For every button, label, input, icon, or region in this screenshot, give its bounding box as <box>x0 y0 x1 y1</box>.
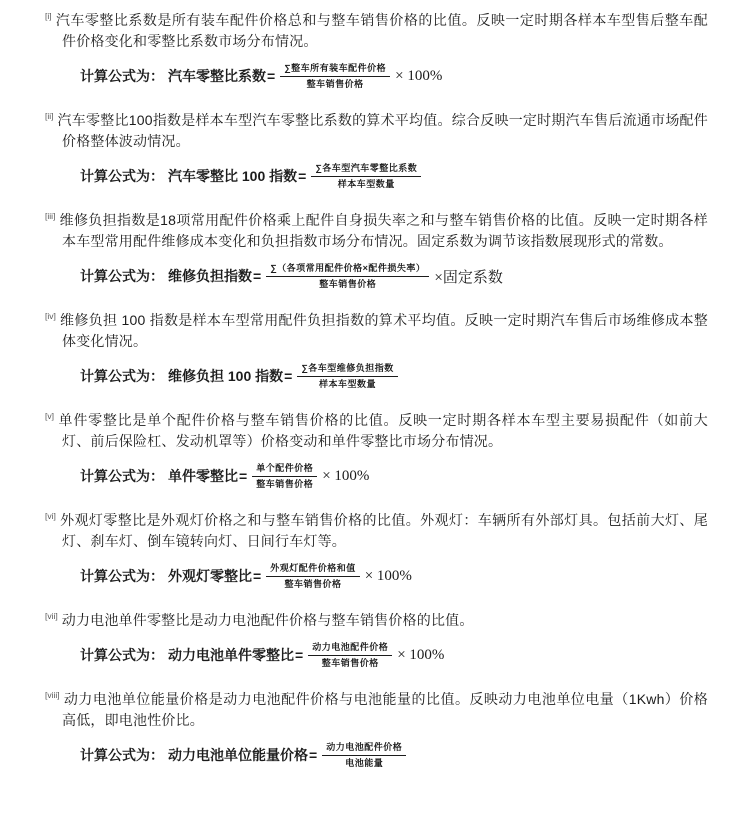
formula-line: 计算公式为： 汽车零整比系数 = ∑整车所有装车配件价格 整车销售价格 × 10… <box>80 62 708 90</box>
fraction-denominator: 整车销售价格 <box>308 656 392 669</box>
endnote-paragraph: [iv]维修负担 100 指数是样本车型常用配件负担指数的算术平均值。反映一定时… <box>45 310 708 352</box>
document-page: [i]汽车零整比系数是所有装车配件价格总和与整车销售价格的比值。反映一定时期各样… <box>0 0 750 829</box>
formula-fraction: ∑各车型汽车零整比系数 样本车型数量 <box>311 162 421 190</box>
fraction-denominator: 整车销售价格 <box>252 477 317 490</box>
equals-sign: = <box>309 747 317 763</box>
fraction-numerator: ∑（各项常用配件价格×配件损失率） <box>266 262 429 277</box>
endnote-description: 外观灯零整比是外观灯价格之和与整车销售价格的比值。外观灯：车辆所有外部灯具。包括… <box>60 512 708 549</box>
endnote-description: 动力电池单位能量价格是动力电池配件价格与电池能量的比值。反映动力电池单位电量（1… <box>62 691 708 728</box>
formula-line: 计算公式为： 汽车零整比 100 指数 = ∑各车型汽车零整比系数 样本车型数量 <box>80 162 708 190</box>
fraction-numerator: 动力电池配件价格 <box>322 741 406 756</box>
formula-prefix: 计算公式为： <box>80 745 164 765</box>
equals-sign: = <box>267 68 275 84</box>
formula-suffix: × 100% <box>397 647 444 664</box>
formula-prefix: 计算公式为： <box>80 566 164 586</box>
formula-suffix: × 100% <box>365 568 412 585</box>
formula-line: 计算公式为： 维修负担指数 = ∑（各项常用配件价格×配件损失率） 整车销售价格… <box>80 262 708 290</box>
endnote-paragraph: [i]汽车零整比系数是所有装车配件价格总和与整车销售价格的比值。反映一定时期各样… <box>45 10 708 52</box>
endnote-description: 汽车零整比100指数是样本车型汽车零整比系数的算术平均值。综合反映一定时期汽车售… <box>58 112 709 149</box>
endnote-marker: [ii] <box>45 111 54 121</box>
fraction-numerator: 单个配件价格 <box>252 462 317 477</box>
formula-fraction: 动力电池配件价格 整车销售价格 <box>308 641 392 669</box>
equals-sign: = <box>284 368 292 384</box>
endnote-marker: [iii] <box>45 211 55 221</box>
formula-prefix: 计算公式为： <box>80 266 164 286</box>
fraction-denominator: 电池能量 <box>322 756 406 769</box>
equals-sign: = <box>253 568 261 584</box>
endnote-item: [vii]动力电池单件零整比是动力电池配件价格与整车销售价格的比值。 计算公式为… <box>45 610 708 669</box>
endnote-item: [vi]外观灯零整比是外观灯价格之和与整车销售价格的比值。外观灯：车辆所有外部灯… <box>45 510 708 590</box>
formula-lhs: 维修负担指数 <box>168 266 252 286</box>
endnote-description: 动力电池单件零整比是动力电池配件价格与整车销售价格的比值。 <box>62 612 474 628</box>
equals-sign: = <box>298 168 306 184</box>
endnote-paragraph: [vi]外观灯零整比是外观灯价格之和与整车销售价格的比值。外观灯：车辆所有外部灯… <box>45 510 708 552</box>
formula-fraction: ∑（各项常用配件价格×配件损失率） 整车销售价格 <box>266 262 429 290</box>
equals-sign: = <box>253 268 261 284</box>
endnote-item: [v]单件零整比是单个配件价格与整车销售价格的比值。反映一定时期各样本车型主要易… <box>45 410 708 490</box>
fraction-numerator: 动力电池配件价格 <box>308 641 392 656</box>
equals-sign: = <box>239 468 247 484</box>
formula-line: 计算公式为： 外观灯零整比 = 外观灯配件价格和值 整车销售价格 × 100% <box>80 562 708 590</box>
fraction-numerator: ∑整车所有装车配件价格 <box>280 62 390 77</box>
endnote-paragraph: [iii]维修负担指数是18项常用配件价格乘上配件自身损失率之和与整车销售价格的… <box>45 210 708 252</box>
fraction-denominator: 整车销售价格 <box>266 277 429 290</box>
endnote-marker: [vii] <box>45 611 58 621</box>
formula-suffix: × 100% <box>395 68 442 85</box>
endnote-item: [i]汽车零整比系数是所有装车配件价格总和与整车销售价格的比值。反映一定时期各样… <box>45 10 708 90</box>
formula-prefix: 计算公式为： <box>80 166 164 186</box>
formula-lhs: 维修负担 100 指数 <box>168 366 283 386</box>
formula-suffix: × 100% <box>322 468 369 485</box>
endnote-paragraph: [vii]动力电池单件零整比是动力电池配件价格与整车销售价格的比值。 <box>45 610 708 631</box>
endnote-item: [iv]维修负担 100 指数是样本车型常用配件负担指数的算术平均值。反映一定时… <box>45 310 708 390</box>
formula-prefix: 计算公式为： <box>80 366 164 386</box>
endnote-marker: [v] <box>45 411 54 421</box>
endnote-marker: [iv] <box>45 311 56 321</box>
formula-lhs: 动力电池单件零整比 <box>168 645 294 665</box>
formula-line: 计算公式为： 单件零整比 = 单个配件价格 整车销售价格 × 100% <box>80 462 708 490</box>
endnote-paragraph: [viii]动力电池单位能量价格是动力电池配件价格与电池能量的比值。反映动力电池… <box>45 689 708 731</box>
endnote-marker: [i] <box>45 11 52 21</box>
formula-line: 计算公式为： 维修负担 100 指数 = ∑各车型维修负担指数 样本车型数量 <box>80 362 708 390</box>
formula-lhs: 单件零整比 <box>168 466 238 486</box>
fraction-numerator: ∑各车型汽车零整比系数 <box>311 162 421 177</box>
formula-line: 计算公式为： 动力电池单件零整比 = 动力电池配件价格 整车销售价格 × 100… <box>80 641 708 669</box>
endnote-paragraph: [ii]汽车零整比100指数是样本车型汽车零整比系数的算术平均值。综合反映一定时… <box>45 110 708 152</box>
formula-lhs: 汽车零整比系数 <box>168 66 266 86</box>
fraction-denominator: 样本车型数量 <box>297 377 397 390</box>
fraction-denominator: 整车销售价格 <box>266 577 360 590</box>
formula-fraction: ∑各车型维修负担指数 样本车型数量 <box>297 362 397 390</box>
endnote-description: 汽车零整比系数是所有装车配件价格总和与整车销售价格的比值。反映一定时期各样本车型… <box>56 12 708 49</box>
endnote-marker: [vi] <box>45 511 56 521</box>
formula-lhs: 动力电池单位能量价格 <box>168 745 308 765</box>
endnote-description: 维修负担指数是18项常用配件价格乘上配件自身损失率之和与整车销售价格的比值。反映… <box>59 212 708 249</box>
fraction-numerator: ∑各车型维修负担指数 <box>297 362 397 377</box>
endnote-marker: [viii] <box>45 690 60 700</box>
formula-lhs: 外观灯零整比 <box>168 566 252 586</box>
formula-fraction: 单个配件价格 整车销售价格 <box>252 462 317 490</box>
formula-lhs: 汽车零整比 100 指数 <box>168 166 297 186</box>
formula-prefix: 计算公式为： <box>80 66 164 86</box>
equals-sign: = <box>295 647 303 663</box>
endnote-description: 单件零整比是单个配件价格与整车销售价格的比值。反映一定时期各样本车型主要易损配件… <box>58 412 708 449</box>
fraction-numerator: 外观灯配件价格和值 <box>266 562 360 577</box>
formula-prefix: 计算公式为： <box>80 645 164 665</box>
endnote-item: [viii]动力电池单位能量价格是动力电池配件价格与电池能量的比值。反映动力电池… <box>45 689 708 769</box>
endnote-item: [iii]维修负担指数是18项常用配件价格乘上配件自身损失率之和与整车销售价格的… <box>45 210 708 290</box>
formula-line: 计算公式为： 动力电池单位能量价格 = 动力电池配件价格 电池能量 <box>80 741 708 769</box>
formula-fraction: 动力电池配件价格 电池能量 <box>322 741 406 769</box>
endnote-item: [ii]汽车零整比100指数是样本车型汽车零整比系数的算术平均值。综合反映一定时… <box>45 110 708 190</box>
endnote-paragraph: [v]单件零整比是单个配件价格与整车销售价格的比值。反映一定时期各样本车型主要易… <box>45 410 708 452</box>
fraction-denominator: 整车销售价格 <box>280 77 390 90</box>
formula-fraction: 外观灯配件价格和值 整车销售价格 <box>266 562 360 590</box>
formula-prefix: 计算公式为： <box>80 466 164 486</box>
fraction-denominator: 样本车型数量 <box>311 177 421 190</box>
endnote-description: 维修负担 100 指数是样本车型常用配件负担指数的算术平均值。反映一定时期汽车售… <box>60 312 708 349</box>
formula-fraction: ∑整车所有装车配件价格 整车销售价格 <box>280 62 390 90</box>
formula-suffix: ×固定系数 <box>434 266 502 287</box>
